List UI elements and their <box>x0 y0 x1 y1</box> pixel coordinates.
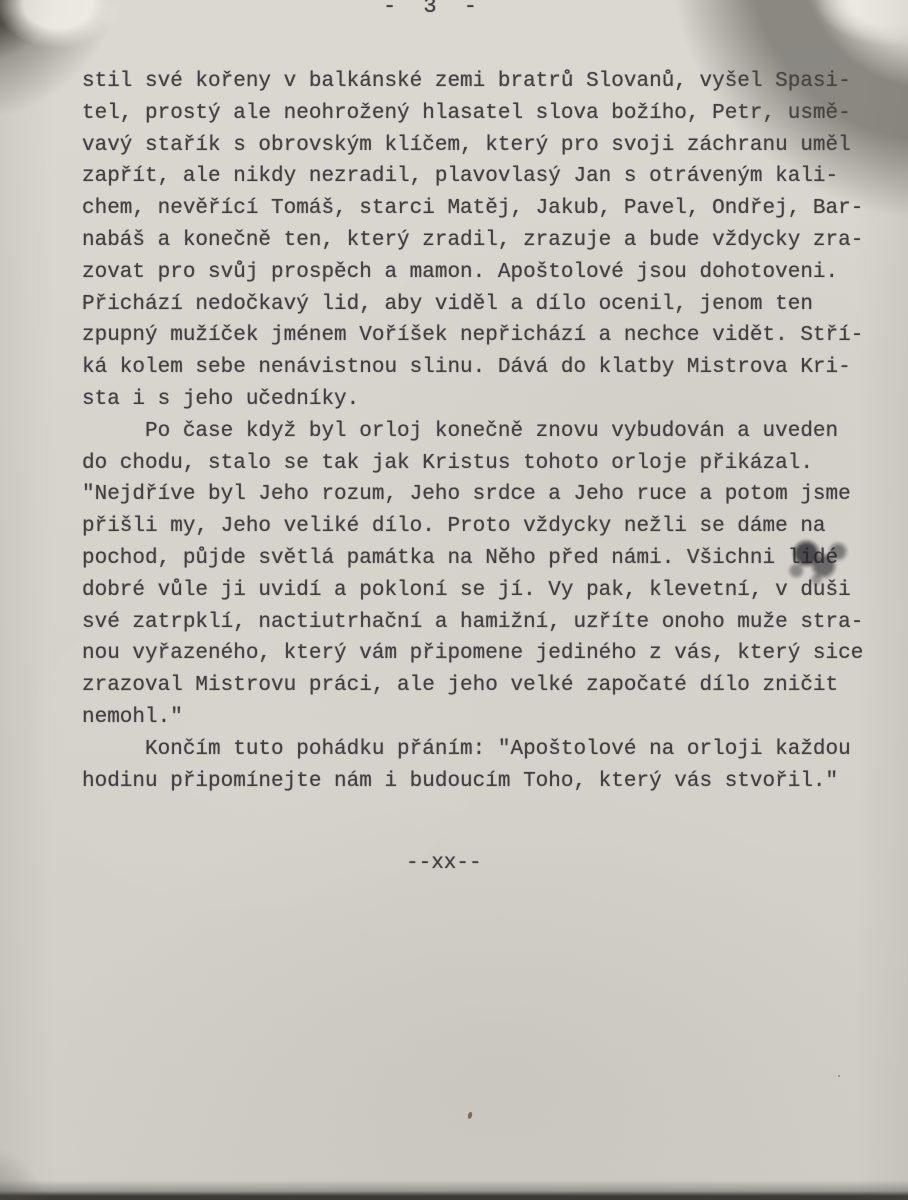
text-line: zovat pro svůj prospěch a mamon. Apoštol… <box>82 257 882 289</box>
text-line: nemohl." <box>82 702 882 734</box>
typewritten-body: stil své kořeny v balkánské zemi bratrů … <box>82 66 882 797</box>
paper-speck <box>838 1075 840 1077</box>
paper-speck <box>467 1112 472 1120</box>
text-line: zpupný mužíček jménem Voříšek nepřichází… <box>82 320 882 352</box>
text-line: chem, nevěřící Tomáš, starci Matěj, Jaku… <box>82 193 882 225</box>
text-line: stil své kořeny v balkánské zemi bratrů … <box>82 66 882 98</box>
text-line: přišli my, Jeho veliké dílo. Proto vždyc… <box>82 511 882 543</box>
text-line: vavý stařík s obrovským klíčem, který pr… <box>82 130 882 162</box>
text-line: hodinu připomínejte nám i budoucím Toho,… <box>82 766 882 798</box>
text-line: ká kolem sebe nenávistnou slinu. Dává do… <box>82 352 882 384</box>
text-line: zapřít, ale nikdy nezradil, plavovlasý J… <box>82 161 882 193</box>
page-number: - 3 - <box>383 0 484 19</box>
text-line: tel, prostý ale neohrožený hlasatel slov… <box>82 98 882 130</box>
text-line: Končím tuto pohádku přáním: "Apoštolové … <box>82 734 882 766</box>
text-line: své zatrpklí, nactiutrhační a hamižní, u… <box>82 607 882 639</box>
end-of-text-mark: --xx-- <box>406 852 482 875</box>
text-line: do chodu, stalo se tak jak Kristus tohot… <box>82 448 882 480</box>
text-line: "Nejdříve byl Jeho rozum, Jeho srdce a J… <box>82 479 882 511</box>
text-line: nabáš a konečně ten, který zradil, zrazu… <box>82 225 882 257</box>
text-line: zrazoval Mistrovu práci, ale jeho velké … <box>82 670 882 702</box>
scanned-page-photo: - 3 - stil své kořeny v balkánské zemi b… <box>0 0 908 1200</box>
text-line: sta i s jeho učedníky. <box>82 384 882 416</box>
text-line: Přichází nedočkavý lid, aby viděl a dílo… <box>82 289 882 321</box>
text-line: Po čase když byl orloj konečně znovu vyb… <box>82 416 882 448</box>
text-line: dobré vůle ji uvidí a pokloní se jí. Vy … <box>82 575 882 607</box>
text-line: pochod, půjde světlá památka na Něho pře… <box>82 543 882 575</box>
text-line: nou vyřazeného, který vám připomene jedi… <box>82 638 882 670</box>
